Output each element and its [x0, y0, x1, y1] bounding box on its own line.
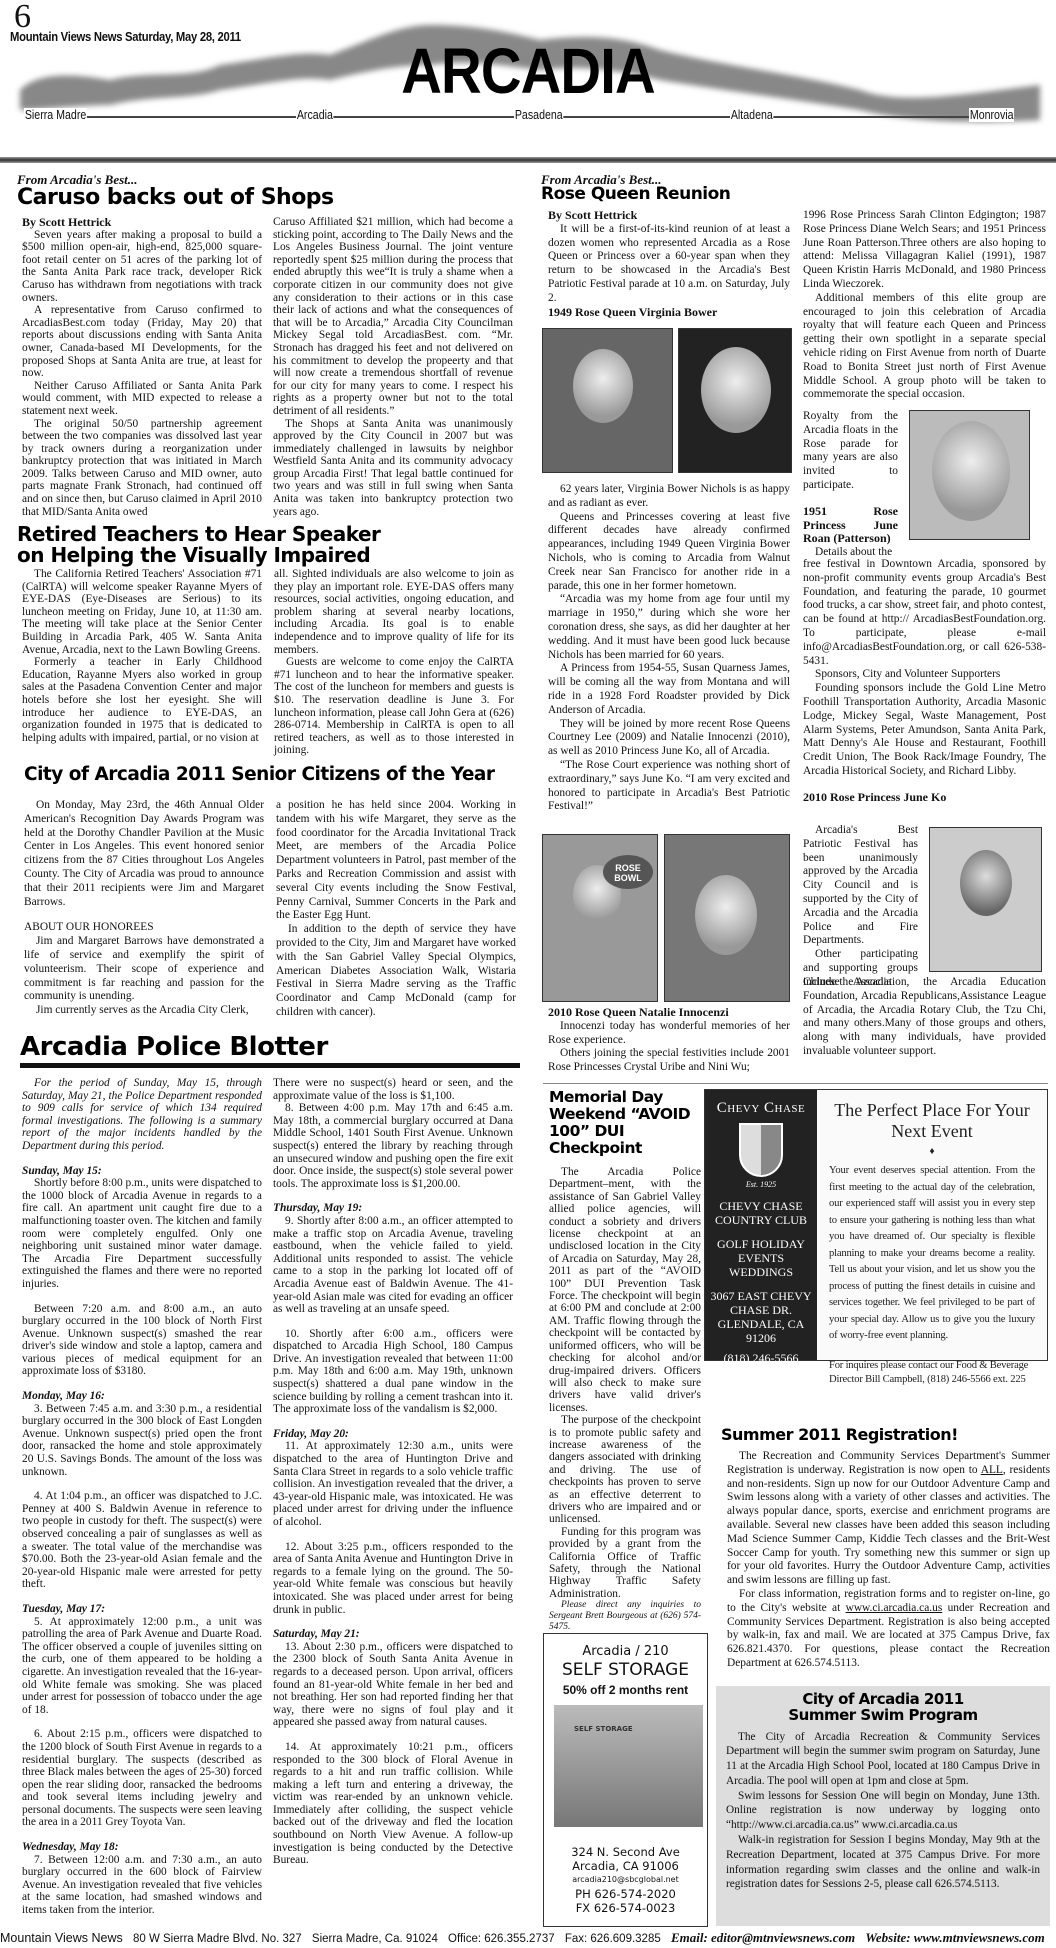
caruso-headline: Caruso backs out of Shops: [17, 186, 334, 209]
city-sierra-madre: Sierra Madre: [24, 108, 87, 122]
footer-email[interactable]: Email: editor@mtnviewsnews.com: [671, 1930, 855, 1945]
blotter-entry: 3. Between 7:45 a.m. and 3:30 p.m., a re…: [22, 1403, 262, 1479]
ad-contact: For inquires please contact our Food & B…: [829, 1359, 1035, 1387]
rose-column-2c: Chinese Association, the Arcadia Educati…: [803, 976, 1046, 1059]
rose-column-1b: 62 years later, Virginia Bower Nichols i…: [548, 483, 790, 814]
storage-ad-line2: SELF STORAGE: [544, 1660, 707, 1680]
storage-ad-contact: 324 N. Second Ave Arcadia, CA 91006 arca…: [544, 1845, 707, 1915]
storage-building-photo: SELF STORAGE: [554, 1705, 703, 1827]
teachers-column-2: all. Sighted individuals are also welcom…: [274, 568, 514, 757]
established-banner: Est. 1925: [705, 1180, 817, 1189]
masthead-rule: [0, 157, 1056, 163]
chevy-chase-ad[interactable]: Chevy Chase Est. 1925 CHEVY CHASE COUNTR…: [704, 1089, 1048, 1361]
club-services: GOLF HOLIDAY EVENTS WEDDINGS: [705, 1237, 817, 1279]
storage-email[interactable]: arcadia210@sbcglobal.net: [544, 1873, 707, 1887]
seniors-headline: City of Arcadia 2011 Senior Citizens of …: [24, 765, 495, 784]
blotter-day-heading: Tuesday, May 17:: [22, 1603, 262, 1616]
city-altadena: Altadena: [730, 108, 774, 122]
article-paragraph: 62 years later, Virginia Bower Nichols i…: [548, 483, 790, 511]
storage-fax: FX 626-574-0023: [544, 1901, 707, 1915]
teachers-headline: Retired Teachers to Hear Speaker on Help…: [17, 524, 380, 566]
article-paragraph: A representative from Caruso confirmed t…: [22, 304, 262, 380]
article-paragraph: Chinese Association, the Arcadia Educati…: [803, 976, 1046, 1059]
page-footer: Mountain Views News 80 W Sierra Madre Bl…: [0, 1930, 1056, 1948]
blotter-entry: 11. At approximately 12:30 a.m., units w…: [273, 1440, 513, 1528]
seniors-column-1: On Monday, May 23rd, the 46th Annual Old…: [24, 799, 264, 1018]
swim-headline-line2: Summer Swim Program: [726, 1708, 1040, 1724]
blotter-entry: Shortly before 8:00 p.m., units were dis…: [22, 1177, 262, 1290]
self-storage-ad[interactable]: Arcadia / 210 SELF STORAGE 50% off 2 mon…: [543, 1633, 708, 1927]
article-paragraph: Jim currently serves as the Arcadia City…: [24, 1004, 264, 1018]
caruso-column-1: By Scott Hettrick Seven years after maki…: [22, 216, 262, 518]
summer-swim-program-box: City of Arcadia 2011 Summer Swim Program…: [716, 1686, 1050, 1926]
article-paragraph: a position he has held since 2004. Worki…: [276, 799, 516, 923]
photo-virginia-bower-nichols: [678, 328, 792, 473]
rose-column-2b: free festival in Downtown Arcadia, spons…: [803, 558, 1046, 805]
footer-city: Sierra Madre, Ca. 91024: [312, 1933, 438, 1945]
blotter-intro: For the period of Sunday, May 15, throug…: [22, 1077, 262, 1153]
article-paragraph: The Recreation and Community Services De…: [727, 1450, 1050, 1588]
caruso-byline: By Scott Hettrick: [22, 216, 262, 229]
section-title: ARCADIA: [63, 34, 992, 108]
article-paragraph: The City of Arcadia Recreation & Communi…: [726, 1730, 1040, 1789]
dui-column: The Arcadia Police Department–ment, with…: [549, 1166, 701, 1633]
chevy-chase-ad-logo-panel: Chevy Chase Est. 1925 CHEVY CHASE COUNTR…: [705, 1090, 817, 1360]
footer-paper-name: Mountain Views News: [0, 1931, 123, 1945]
city-website-link[interactable]: www.ci.arcadia.ca.us: [846, 1602, 943, 1614]
article-paragraph: Queens and Princesses covering at least …: [548, 511, 790, 594]
article-paragraph: In addition to the depth of service they…: [276, 923, 516, 1020]
article-paragraph: Formerly a teacher in Early Childhood Ed…: [22, 656, 262, 744]
chevy-chase-ad-text-panel: The Perfect Place For Your Next Event ♦ …: [817, 1090, 1047, 1360]
club-phone: (818) 246-5566: [705, 1351, 817, 1365]
storage-ad-line1: Arcadia / 210: [544, 1644, 707, 1659]
blotter-entry: 12. About 3:25 p.m., officers responded …: [273, 1541, 513, 1617]
article-paragraph: The Arcadia Police Department–ment, with…: [549, 1166, 701, 1414]
crest-icon: [739, 1123, 783, 1177]
blotter-day-heading: Friday, May 20:: [273, 1428, 513, 1441]
storage-phone: PH 626-574-2020: [544, 1887, 707, 1901]
photo-caption: 2010 Rose Princess June Ko: [803, 791, 1046, 805]
article-paragraph: Others joining the special festivities i…: [548, 1047, 790, 1075]
city-line: Sierra Madre Arcadia Pasadena Altadena M…: [24, 108, 1036, 124]
article-paragraph: Innocenzi today has wonderful memories o…: [548, 1020, 790, 1048]
blotter-day-heading: Wednesday, May 18:: [22, 1841, 262, 1854]
article-paragraph: Funding for this program was provided by…: [549, 1526, 701, 1600]
caruso-column-2: Caruso Affiliated $21 million, which had…: [273, 216, 513, 518]
article-paragraph: Guests are welcome to come enjoy the Cal…: [274, 656, 514, 757]
article-paragraph: Neither Caruso Affiliated or Santa Anita…: [22, 380, 262, 418]
article-paragraph: It will be a first-of-its-kind reunion o…: [548, 223, 790, 306]
article-paragraph: Caruso Affiliated $21 million, which had…: [273, 216, 513, 418]
sponsors-subhead: Sponsors, City and Volunteer Supporters: [803, 668, 1046, 682]
rose-headline: Rose Queen Reunion: [541, 186, 730, 204]
blotter-entry: 10. Shortly after 6:00 a.m., officers we…: [273, 1328, 513, 1416]
blotter-column-1: For the period of Sunday, May 15, throug…: [22, 1077, 262, 1917]
city-pasadena: Pasadena: [514, 108, 564, 122]
page-number: 6: [14, 0, 31, 34]
photo-june-ko: [929, 827, 1042, 972]
blotter-day-heading: Monday, May 16:: [22, 1390, 262, 1403]
swim-column: The City of Arcadia Recreation & Communi…: [726, 1730, 1040, 1893]
club-address: 3067 EAST CHEVY CHASE DR. GLENDALE, CA 9…: [705, 1289, 817, 1345]
article-paragraph: On Monday, May 23rd, the 46th Annual Old…: [24, 799, 264, 909]
rose-column-2-wrap2: Arcadia's Best Patriotic Festival has be…: [803, 824, 918, 990]
rose-column-2-wrap: Royalty from the Arcadia floats in the R…: [803, 410, 898, 560]
footer-website[interactable]: Website: www.mtnviewsnews.com: [865, 1930, 1044, 1945]
blotter-entry: 14. At approximately 10:21 p.m., officer…: [273, 1741, 513, 1867]
blotter-entry: 5. At approximately 12:00 p.m., a unit w…: [22, 1616, 262, 1717]
chevy-chase-logo-text: Chevy Chase: [705, 1100, 817, 1117]
article-paragraph: The California Retired Teachers' Associa…: [22, 568, 262, 656]
article-paragraph: Founding sponsors include the Gold Line …: [803, 682, 1046, 779]
photo-caption: 1949 Rose Queen Virginia Bower: [548, 306, 790, 320]
article-paragraph: Walk-in registration for Session I begin…: [726, 1833, 1040, 1892]
blotter-headline: Arcadia Police Blotter: [20, 1034, 328, 1061]
rose-column-2a: 1996 Rose Princess Sarah Clinton Edgingt…: [803, 209, 1046, 402]
summer-registration-headline: Summer 2011 Registration!: [721, 1427, 958, 1444]
city-arcadia: Arcadia: [296, 108, 334, 122]
honorees-subhead: ABOUT OUR HONOREES: [24, 921, 264, 935]
ad-headline: The Perfect Place For Your Next Event: [829, 1100, 1035, 1142]
photo-virginia-bower-1949: [542, 328, 673, 473]
storage-address-line2: Arcadia, CA 91006: [544, 1859, 707, 1873]
blotter-day-heading: Thursday, May 19:: [273, 1202, 513, 1215]
article-paragraph: A Princess from 1954-55, Susan Quarness …: [548, 662, 790, 717]
ad-body: Your event deserves special attention. F…: [829, 1163, 1035, 1345]
blotter-day-heading: Saturday, May 21:: [273, 1628, 513, 1641]
article-paragraph: The purpose of the checkpoint is to prom…: [549, 1414, 701, 1526]
footer-address: 80 W Sierra Madre Blvd. No. 327: [133, 1933, 302, 1945]
teachers-column-1: The California Retired Teachers' Associa…: [22, 568, 262, 744]
rose-column-1c: 2010 Rose Queen Natalie Innocenzi Innoce…: [548, 1006, 790, 1075]
blotter-rule: [20, 1063, 520, 1068]
blotter-entry: There were no suspect(s) heard or seen, …: [273, 1077, 513, 1102]
blotter-entry: 8. Between 4:00 p.m. May 17th and 6:45 a…: [273, 1102, 513, 1190]
article-paragraph: “Arcadia was my home from age four until…: [548, 593, 790, 662]
club-name: CHEVY CHASE COUNTRY CLUB: [705, 1199, 817, 1227]
building-sign: SELF STORAGE: [574, 1725, 633, 1733]
article-paragraph: Seven years after making a proposal to b…: [22, 229, 262, 305]
all-emphasis: ALL: [981, 1464, 1003, 1476]
blotter-entry: 6. About 2:15 p.m., officers were dispat…: [22, 1728, 262, 1829]
blotter-entry: 9. Shortly after 8:00 a.m., an officer a…: [273, 1215, 513, 1316]
article-paragraph: Additional members of this elite group a…: [803, 292, 1046, 402]
swim-headline: City of Arcadia 2011 Summer Swim Program: [726, 1692, 1040, 1724]
storage-ad-offer: 50% off 2 months rent: [544, 1683, 707, 1697]
blotter-day-heading: Sunday, May 15:: [22, 1165, 262, 1178]
teachers-headline-line1: Retired Teachers to Hear Speaker: [17, 524, 380, 545]
article-paragraph: 1996 Rose Princess Sarah Clinton Edgingt…: [803, 209, 1046, 292]
photo-natalie-innocenzi-portrait: [664, 834, 790, 1002]
article-paragraph: Swim lessons for Session One will begin …: [726, 1789, 1040, 1833]
dui-headline: Memorial Day Weekend “AVOID 100” DUI Che…: [549, 1089, 709, 1157]
blotter-entry: Between 7:20 a.m. and 8:00 a.m., an auto…: [22, 1303, 262, 1379]
blotter-column-2: There were no suspect(s) heard or seen, …: [273, 1077, 513, 1867]
article-paragraph: Arcadia's Best Patriotic Festival has be…: [803, 824, 918, 948]
masthead: 6 Mountain Views News Saturday, May 28, …: [0, 0, 1056, 130]
storage-address-line1: 324 N. Second Ave: [544, 1845, 707, 1859]
blotter-entry: 4. At 1:04 p.m., an officer was dispatch…: [22, 1490, 262, 1591]
article-paragraph: Jim and Margaret Barrows have demonstrat…: [24, 935, 264, 1004]
rose-column-1a: By Scott Hettrick It will be a first-of-…: [548, 209, 790, 319]
rose-byline: By Scott Hettrick: [548, 209, 790, 223]
photo-caption: 1951 Rose Princess June Roan (Patterson): [803, 505, 898, 546]
article-paragraph: The original 50/50 partnership agreement…: [22, 418, 262, 519]
city-monrovia: Monrovia: [969, 108, 1014, 122]
article-paragraph: “The Rose Court experience was nothing s…: [548, 759, 790, 814]
footer-fax: Fax: 626.609.3285: [565, 1933, 661, 1945]
section-divider: [543, 1083, 1048, 1084]
article-paragraph: For class information, registration form…: [727, 1588, 1050, 1671]
blotter-entry: 13. About 2:30 p.m., officers were dispa…: [273, 1641, 513, 1729]
photo-natalie-innocenzi-rose-bowl: ROSE BOWL: [542, 834, 658, 1002]
article-paragraph: free festival in Downtown Arcadia, spons…: [803, 558, 1046, 668]
photo-caption: 2010 Rose Queen Natalie Innocenzi: [548, 1006, 790, 1020]
article-paragraph: They will be joined by more recent Rose …: [548, 718, 790, 759]
article-paragraph: The Shops at Santa Anita was unanimously…: [273, 418, 513, 519]
footer-office-phone: Office: 626.355.2737: [448, 1933, 555, 1945]
photo-june-roan-patterson: [909, 410, 1030, 540]
dui-inquiry-note: Please direct any inquiries to Sergeant …: [549, 1600, 701, 1633]
teachers-headline-line2: on Helping the Visually Impaired: [17, 545, 380, 566]
seniors-column-2: a position he has held since 2004. Worki…: [276, 799, 516, 1020]
article-paragraph: Royalty from the Arcadia floats in the R…: [803, 410, 898, 493]
blotter-entry: 7. Between 12:00 a.m. and 7:30 a.m., an …: [22, 1854, 262, 1917]
diamond-ornament-icon: ♦: [829, 1146, 1035, 1157]
article-paragraph: all. Sighted individuals are also welcom…: [274, 568, 514, 656]
rose-bowl-football: ROSE BOWL: [603, 855, 653, 889]
summer-registration-column: The Recreation and Community Services De…: [727, 1450, 1050, 1671]
